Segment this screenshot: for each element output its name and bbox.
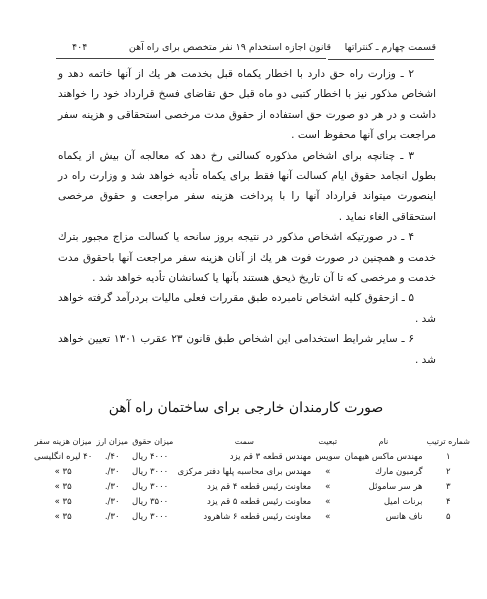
article-3: ۳ ـ چنانچه برای اشخاص مذکوره کسالتی رخ د… [58,146,436,228]
document-page: قسمت چهارم ـ کنتراتها قانون اجازه استخدا… [0,0,487,599]
staff-nationality: » [313,479,342,494]
staff-exchange: ۳۰/. [94,479,130,494]
staff-nationality: » [313,494,342,509]
article-5: ۵ ـ ازحقوق کلیه اشخاص نامبرده طبق مقررات… [58,288,436,329]
staff-nationality: » [313,509,342,524]
staff-name: هر سر ساموئل [342,479,424,494]
row-number: ۲ [425,464,473,479]
article-6: ۶ ـ سایر شرایط استخدامی این اشخاص طبق قا… [58,329,436,370]
article-4: ۴ ـ در صورتیکه اشخاص مذکور در نتیجه بروز… [58,227,436,288]
staff-list-title: صورت کارمندان خارجی برای ساختمان راه آهن [56,400,436,416]
column-header-travel: میزان هزینه سفر [32,437,94,449]
staff-travel: ۳۵ » [32,464,94,479]
staff-travel: ۳۵ » [32,509,94,524]
staff-position: مهندس قطعه ۳ قم یزد [175,449,313,464]
table-row: ۵ ناف هانس » معاونت رئیس قطعه ۶ شاهرود ۳… [32,509,472,524]
table-row: ۲ گرمبون مارك » مهندس برای محاسبه پلها د… [32,464,472,479]
staff-salary: ۳۰۰۰ ریال [130,479,175,494]
staff-exchange: ۳۰/. [94,464,130,479]
staff-position: معاونت رئیس قطعه ۵ قم یزد [175,494,313,509]
staff-position: مهندس برای محاسبه پلها دفتر مرکزی [175,464,313,479]
staff-salary: ۳۵۰۰ ریال [130,494,175,509]
table-row: ۴ برنات امیل » معاونت رئیس قطعه ۵ قم یزد… [32,494,472,509]
article-2: ۲ ـ وزارت راه حق دارد با اخطار یکماه قبل… [58,64,436,146]
table-header-row: شماره ترتیب نام تبعیت سمت میزان حقوق میز… [32,437,472,449]
running-header: قسمت چهارم ـ کنتراتها قانون اجازه استخدا… [56,40,436,58]
column-header-position: سمت [175,437,313,449]
staff-salary: ۴۰۰۰ ریال [130,449,175,464]
staff-exchange: ۳۰/. [94,509,130,524]
staff-salary: ۳۰۰۰ ریال [130,509,175,524]
staff-exchange: ۴۰/. [94,449,130,464]
section-title: قسمت چهارم ـ کنتراتها [345,42,436,53]
staff-travel: ۴۰ لیره انگلیسی [32,449,94,464]
staff-name: برنات امیل [342,494,424,509]
row-number: ۱ [425,449,473,464]
row-number: ۵ [425,509,473,524]
column-header-salary: میزان حقوق [130,437,175,449]
header-rule-section [328,59,434,60]
table-row: ۱ مهندس ماکس هیهمان سویس مهندس قطعه ۳ قم… [32,449,472,464]
header-rule [56,58,326,59]
staff-nationality: سویس [313,449,342,464]
staff-travel: ۳۵ » [32,479,94,494]
staff-nationality: » [313,464,342,479]
row-number: ۴ [425,494,473,509]
law-articles: ۲ ـ وزارت راه حق دارد با اخطار یکماه قبل… [58,64,436,370]
column-header-number: شماره ترتیب [425,437,473,449]
staff-position: معاونت رئیس قطعه ۴ قم یزد [175,479,313,494]
table-row: ۳ هر سر ساموئل » معاونت رئیس قطعه ۴ قم ی… [32,479,472,494]
column-header-exchange: میزان ارز [94,437,130,449]
page-number: ۴۰۴ [72,42,87,53]
staff-name: مهندس ماکس هیهمان [342,449,424,464]
column-header-name: نام [342,437,424,449]
column-header-nationality: تبعیت [313,437,342,449]
staff-exchange: ۳۰/. [94,494,130,509]
staff-salary: ۳۰۰۰ ریال [130,464,175,479]
row-number: ۳ [425,479,473,494]
staff-name: ناف هانس [342,509,424,524]
staff-travel: ۳۵ » [32,494,94,509]
staff-position: معاونت رئیس قطعه ۶ شاهرود [175,509,313,524]
staff-name: گرمبون مارك [342,464,424,479]
staff-table: شماره ترتیب نام تبعیت سمت میزان حقوق میز… [32,437,472,524]
law-title: قانون اجازه استخدام ۱۹ نفر متخصص برای را… [129,42,331,53]
